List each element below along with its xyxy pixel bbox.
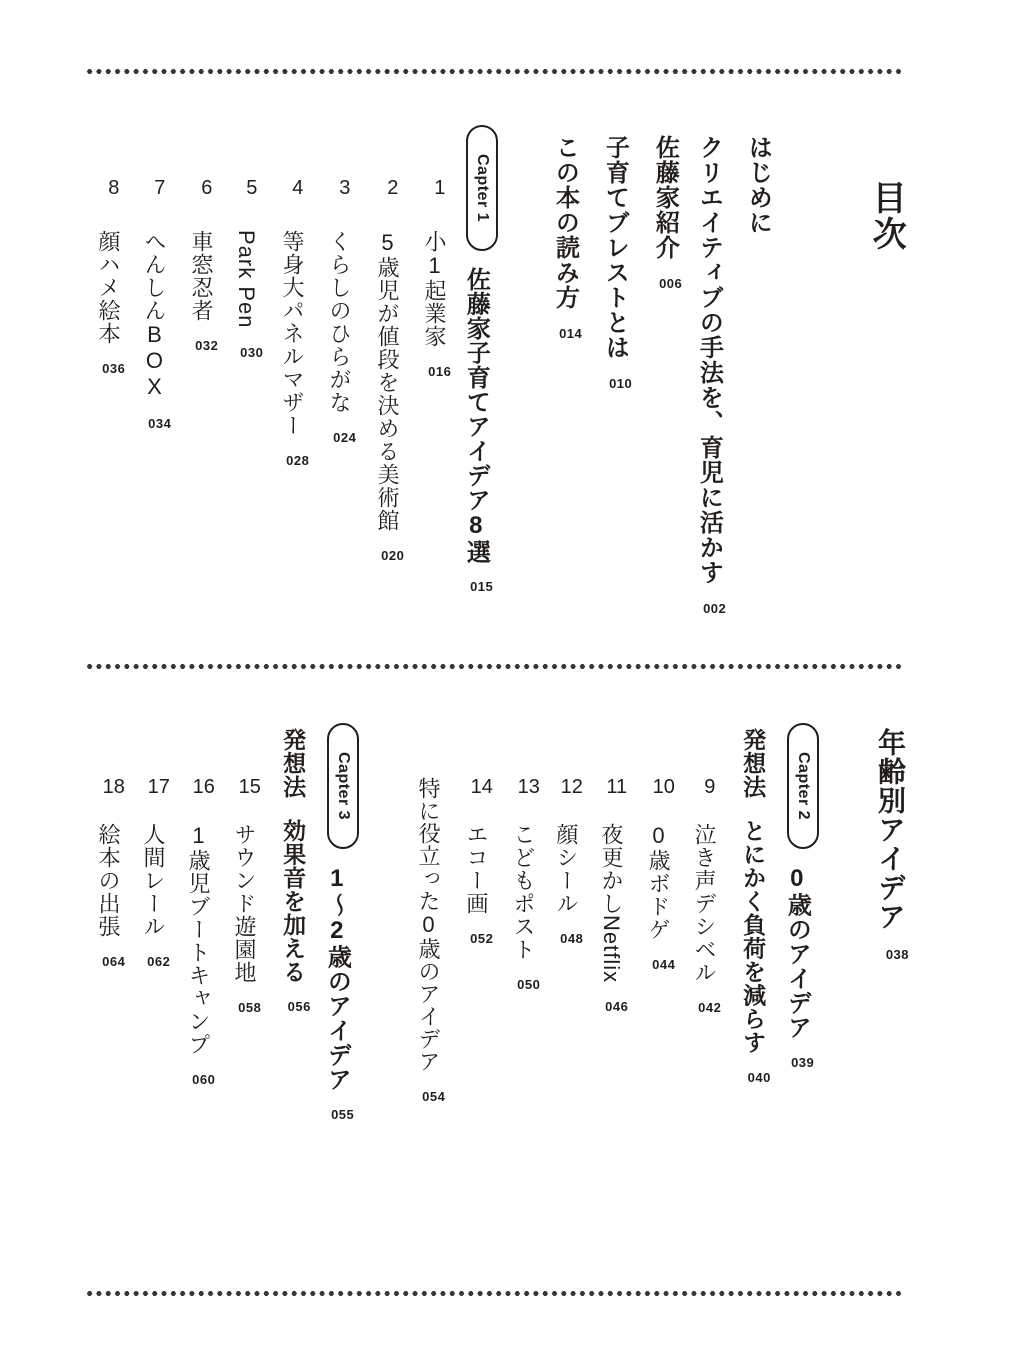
front-matter-title: クリエイティブの手法を、育児に活かす bbox=[695, 135, 722, 585]
chapter3-heading: Capter 31〜2歳のアイデア055 bbox=[322, 723, 359, 1121]
entry-number: 18 bbox=[103, 777, 125, 797]
entry-number: 1 bbox=[434, 178, 445, 198]
page-number: 050 bbox=[517, 978, 540, 991]
page-number: 040 bbox=[748, 1071, 771, 1084]
method-title: 効果音を加える bbox=[280, 819, 306, 984]
page-number: 056 bbox=[288, 1000, 311, 1013]
page-number: 052 bbox=[470, 932, 493, 945]
page-number: 028 bbox=[286, 454, 309, 467]
entry-title: 顔ハメ絵本 bbox=[96, 230, 121, 345]
entry-number: 10 bbox=[653, 777, 675, 797]
page-number: 046 bbox=[605, 1000, 628, 1013]
chapter1-badge: Capter 1 bbox=[466, 125, 498, 251]
method-label: 発想法 bbox=[740, 728, 766, 799]
page-number: 036 bbox=[102, 362, 125, 375]
front-matter-item: クリエイティブの手法を、育児に活かす002 bbox=[694, 135, 726, 615]
entry-number: 9 bbox=[704, 777, 715, 797]
page-number: 034 bbox=[148, 417, 171, 430]
entry-number: 15 bbox=[239, 777, 261, 797]
front-matter-heading: はじめに bbox=[743, 135, 771, 235]
entry-number: 13 bbox=[518, 777, 540, 797]
entry-title: 小1起業家 bbox=[422, 230, 447, 348]
entry-number: 3 bbox=[339, 178, 350, 198]
page-number: 002 bbox=[703, 602, 726, 615]
entry-title: 顔シール bbox=[554, 823, 579, 915]
toc-entry-16: 161歳児ブートキャンプ060 bbox=[185, 777, 215, 1086]
chapter3-title: 1〜2歳のアイデア bbox=[323, 865, 350, 1092]
page-number: 062 bbox=[147, 955, 170, 968]
entry-title: へんしんBOX bbox=[142, 230, 167, 400]
entry-title: 5歳児が値段を決める美術館 bbox=[375, 230, 400, 532]
toc-entry-1: 1小1起業家016 bbox=[421, 178, 451, 378]
entry-number: 14 bbox=[471, 777, 493, 797]
method-label: 発想法 bbox=[280, 728, 306, 799]
page-number: 044 bbox=[652, 958, 675, 971]
chapter1-title: 佐藤家子育てアイデア8選 bbox=[462, 267, 489, 564]
page-number: 055 bbox=[331, 1108, 354, 1121]
entry-title-latin: Netflix bbox=[599, 915, 624, 983]
page-title: 目次 bbox=[866, 180, 906, 252]
dotted-divider-bottom bbox=[85, 1290, 905, 1297]
dotted-divider-middle bbox=[85, 663, 905, 670]
entry-number: 8 bbox=[108, 178, 119, 198]
page-number: 024 bbox=[333, 431, 356, 444]
page-number: 010 bbox=[609, 377, 632, 390]
page-number: 039 bbox=[791, 1056, 814, 1069]
chapter2-highlight: 特に役立った0歳のアイデア054 bbox=[415, 777, 445, 1103]
toc-entry-8: 8顔ハメ絵本036 bbox=[95, 178, 125, 375]
toc-entry-7: 7へんしんBOX034 bbox=[141, 178, 171, 430]
entry-number: 11 bbox=[606, 777, 627, 797]
entry-title: 泣き声デシベル bbox=[692, 823, 717, 984]
toc-entry-2: 25歳児が値段を決める美術館020 bbox=[374, 178, 404, 562]
toc-entry-10: 100歳ボドゲ044 bbox=[645, 777, 675, 971]
entry-title: こどもポスト bbox=[511, 823, 536, 961]
entry-title: Park Pen bbox=[234, 230, 259, 329]
entry-number: 4 bbox=[292, 178, 303, 198]
page-number: 064 bbox=[102, 955, 125, 968]
entry-title: 車窓忍者 bbox=[189, 230, 214, 322]
dotted-divider-top bbox=[85, 68, 905, 75]
entry-title: サウンド遊園地 bbox=[232, 823, 257, 984]
part-title-text: 年齢別アイデア bbox=[875, 728, 906, 931]
page-number: 060 bbox=[192, 1073, 215, 1086]
chapter2-title: 0歳のアイデア bbox=[783, 865, 810, 1040]
front-matter-item: 佐藤家紹介006 bbox=[650, 135, 682, 290]
front-matter-item: この本の読み方014 bbox=[550, 135, 582, 340]
page-number: 014 bbox=[559, 327, 582, 340]
page-number: 020 bbox=[381, 549, 404, 562]
toc-entry-13: 13こどもポスト050 bbox=[510, 777, 540, 991]
entry-title: くらしのひらがな bbox=[327, 230, 352, 414]
entry-number: 12 bbox=[561, 777, 583, 797]
page-number: 058 bbox=[238, 1001, 261, 1014]
entry-number: 6 bbox=[201, 178, 212, 198]
toc-entry-9: 9泣き声デシベル042 bbox=[691, 777, 721, 1014]
entry-title: 1歳児ブートキャンプ bbox=[186, 823, 211, 1056]
entry-number: 5 bbox=[246, 178, 257, 198]
part-title: 年齢別アイデア038 bbox=[874, 728, 909, 961]
entry-number: 2 bbox=[387, 178, 398, 198]
toc-entry-4: 4等身大パネルマザー028 bbox=[279, 178, 309, 467]
chapter3-badge: Capter 3 bbox=[327, 723, 359, 849]
page-number: 042 bbox=[698, 1001, 721, 1014]
front-matter-title: 子育てブレストとは bbox=[601, 135, 628, 360]
entry-title: 等身大パネルマザー bbox=[280, 230, 305, 437]
page-number: 016 bbox=[428, 365, 451, 378]
toc-page: 目次 はじめに クリエイティブの手法を、育児に活かす002 佐藤家紹介006 子… bbox=[0, 0, 1020, 1354]
chapter1-heading: Capter 1佐藤家子育てアイデア8選015 bbox=[461, 125, 498, 593]
page-number: 006 bbox=[659, 277, 682, 290]
highlight-title: 特に役立った0歳のアイデア bbox=[416, 777, 441, 1073]
entry-title: 絵本の出張 bbox=[96, 823, 121, 938]
toc-entry-18: 18絵本の出張064 bbox=[95, 777, 125, 968]
chapter2-method: 発想法とにかく負荷を減らす040 bbox=[739, 728, 771, 1084]
entry-number: 16 bbox=[193, 777, 215, 797]
entry-title: 夜更かし bbox=[599, 823, 624, 915]
toc-entry-11: 11夜更かしNetflix046 bbox=[598, 777, 628, 1013]
toc-entry-12: 12顔シール048 bbox=[553, 777, 583, 945]
front-matter-title: 佐藤家紹介 bbox=[651, 135, 678, 260]
chapter3-method: 発想法効果音を加える056 bbox=[279, 728, 311, 1013]
chapter2-badge: Capter 2 bbox=[787, 723, 819, 849]
page-number: 030 bbox=[240, 346, 263, 359]
page-number: 038 bbox=[886, 948, 909, 961]
toc-entry-3: 3くらしのひらがな024 bbox=[326, 178, 356, 444]
method-title: とにかく負荷を減らす bbox=[740, 819, 766, 1054]
toc-entry-5: 5Park Pen030 bbox=[233, 178, 263, 359]
page-number: 032 bbox=[195, 339, 218, 352]
entry-number: 7 bbox=[154, 178, 165, 198]
toc-entry-14: 14エコー画052 bbox=[463, 777, 493, 945]
page-number: 054 bbox=[422, 1090, 445, 1103]
front-matter-title: この本の読み方 bbox=[551, 135, 578, 310]
entry-title: 0歳ボドゲ bbox=[646, 823, 671, 941]
entry-title: エコー画 bbox=[464, 823, 489, 915]
entry-title: 人間レール bbox=[141, 823, 166, 938]
chapter2-heading: Capter 20歳のアイデア039 bbox=[782, 723, 819, 1069]
toc-entry-15: 15サウンド遊園地058 bbox=[231, 777, 261, 1014]
toc-entry-6: 6車窓忍者032 bbox=[188, 178, 218, 352]
page-number: 015 bbox=[470, 580, 493, 593]
front-matter-item: 子育てブレストとは010 bbox=[600, 135, 632, 390]
toc-entry-17: 17人間レール062 bbox=[140, 777, 170, 968]
entry-number: 17 bbox=[148, 777, 170, 797]
page-number: 048 bbox=[560, 932, 583, 945]
